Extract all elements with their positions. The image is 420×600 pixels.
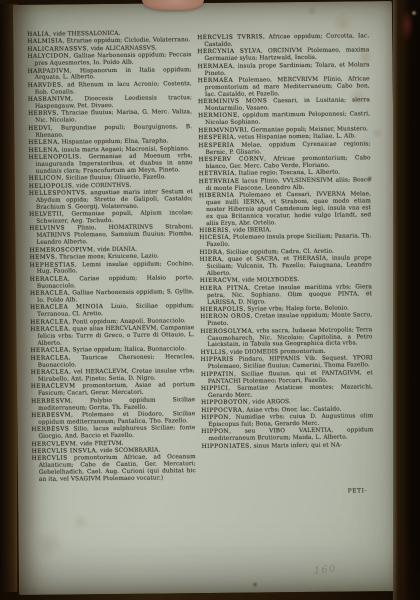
index-entry: HIPPONIATES, sinus Maris inferi; qui et … — [202, 442, 374, 451]
entry-text: , vide DIOMEDIS promontorium. — [226, 349, 326, 356]
entry-text: , vide ALICARNASSVS. — [87, 45, 157, 52]
entry-headword: HETRVRIA — [199, 171, 235, 177]
entry-text: , seu VIBO VALENTIA, oppidum mediterrane… — [208, 428, 373, 443]
index-entry: HERMIONE, oppidum maritimum Peloponnesi;… — [198, 112, 370, 128]
index-entry: HIBERNIA Ptolemaeo et Caesari, IVVERNA M… — [199, 191, 371, 227]
entry-headword: HEDVI — [28, 125, 51, 131]
entry-headword: HESPERV CORNV — [199, 156, 265, 163]
entry-headword: HIPPOBOTON — [201, 400, 248, 406]
entry-headword: HIPPON — [201, 429, 229, 435]
index-entry: HIPPICI, Sarmatiae Asiaticae montes; Maz… — [201, 384, 373, 400]
index-entry: HELVINVS Plinio, HOMATRINVS Straboni, MA… — [29, 225, 193, 247]
entry-headword: HERMAEA — [198, 78, 233, 84]
index-entry: HERACLEVM promontorium, Asiae ad portum … — [31, 383, 195, 399]
entry-text: , vide IBERIA. — [229, 227, 272, 233]
entry-headword: HEPHESTIAS — [30, 262, 75, 268]
entry-headword: HIEROSOLYMA — [200, 328, 252, 335]
entry-headword: HERACLEA — [30, 276, 68, 282]
index-entry: HERCVLIS promontorium Africae, ad Oceanu… — [32, 455, 196, 484]
entry-headword: HARPADIVM — [28, 68, 70, 74]
entry-headword: HIDRA — [199, 250, 222, 256]
entry-headword: HEMVS — [30, 255, 56, 261]
entry-text: , Thraciae mons; Kriuicene, Lazio. — [55, 254, 159, 261]
entry-text: , quae et SACRA, et THERASIA, insula pro… — [207, 255, 372, 277]
entry-text: , Italiae regio; Toscana, L. Alberto. — [235, 170, 341, 177]
entry-text: , Numidiae vrbs; cuius D. Augustinus oli… — [208, 413, 373, 428]
entry-headword: HERMIONE — [198, 113, 238, 119]
entry-headword: HERACLEA — [31, 355, 69, 361]
index-entry: HIPPARIS Pindaro, HIPPANIS Vib. Sequest.… — [201, 356, 373, 372]
entry-headword: HELICON — [29, 176, 62, 182]
catchword: PETI- — [348, 488, 367, 494]
index-entry: HELENOPOLIS, Germaniae ad Moenum vrbs, i… — [28, 153, 192, 175]
entry-headword: HETRVRIAE — [199, 178, 240, 184]
entry-headword: HIERA PITNA — [200, 285, 248, 292]
entry-headword: HERBESVM — [31, 398, 71, 404]
index-entry: HELLESPONTVS, angustiae maris inter Sest… — [29, 189, 193, 211]
entry-headword: HELENOPOLIS — [28, 154, 79, 161]
index-entry: HIPPON, seu VIBO VALENTIA, oppidum medit… — [201, 428, 373, 444]
index-entry: HEDVI, Burgundiae populi; Bourguignons, … — [28, 124, 192, 140]
entry-headword: HERACLEA — [30, 319, 68, 325]
entry-headword: HIBERIS — [199, 228, 229, 234]
entry-headword: HIERA — [200, 257, 222, 263]
entry-headword: HIPPON — [201, 415, 229, 421]
entry-text: , vide MOLYBODES. — [238, 277, 299, 284]
entry-text: , vide FRETVM. — [76, 441, 124, 447]
handwritten-page-number: 160 — [313, 563, 337, 577]
entry-headword: HELVETII — [29, 212, 62, 218]
index-entry: HERBESVS Silio, lacus sulphureus Sicilia… — [31, 425, 195, 441]
entry-text: , Ptolemaeo insula prope Siciliam; Panar… — [206, 234, 371, 249]
index-entry: HEPHESTIAS, Lemni insulae oppidum; Cochi… — [30, 261, 194, 277]
entry-headword: HALMISIA — [27, 39, 62, 45]
text-columns: HALIA, vide THESSALONICA.HALMISIA, Etrur… — [27, 28, 384, 484]
index-entry: HARVDES, ad Rhenum in lacu Acronio; Cost… — [28, 81, 192, 97]
entry-headword: HERMINIVS MONS — [198, 98, 267, 105]
entry-headword: HERCVLIS INSVLA — [32, 448, 97, 455]
entry-text: , vide DIANIA. — [93, 246, 137, 252]
entry-headword: HIPPICI — [201, 386, 228, 392]
entry-headword: HIPPATIN — [201, 371, 234, 377]
entry-text: , Siciliae fluuius; Oliuerio, Fazello. — [62, 175, 167, 182]
entry-text: , vide CORINTHVS. — [72, 182, 131, 189]
index-entry: HIEROSOLYMA, vrbs sacra, Iudaeae Metropo… — [200, 327, 372, 350]
entry-text: , vide THESSALONICA. — [49, 31, 120, 38]
entry-text: , Burgundiae populi; Bourguignons, B. Rh… — [35, 124, 192, 139]
entry-headword: HIERAPOLIS — [200, 307, 243, 313]
entry-headword: HELENA — [28, 140, 57, 146]
index-entry: HERCYNIA SYLVA, ORCINIVM Ptolemaeo, maxi… — [197, 48, 369, 64]
entry-headword: HERMVNDVRI — [198, 127, 247, 134]
entry-headword: HIPPARIS — [201, 357, 234, 363]
entry-headword: HELVINVS — [29, 226, 65, 232]
entry-headword: HERMAEA — [198, 63, 233, 69]
index-entry: HERBESVM, Ptolemaeo et Diodoro, Siciliae… — [31, 411, 195, 427]
index-entry: HERACLEA MINOIA Liuio, Siciliae oppidum;… — [30, 304, 194, 320]
entry-text: , Syriae oppidum; Italica, Buonacciolo. — [69, 347, 187, 354]
entry-headword: HERCVLEVM — [31, 441, 76, 447]
entry-headword: HERACLEA — [31, 348, 69, 354]
entry-text: , vide ARGOS. — [248, 399, 291, 405]
index-entry: HIERA, quae et SACRA, et THERASIA, insul… — [200, 255, 372, 278]
entry-headword: HELIOPOLIS — [29, 183, 73, 189]
index-entry: HERBESVM, Polybio oppidum Siciliae medit… — [31, 397, 195, 413]
entry-headword: HERCVLIS — [32, 456, 68, 462]
entry-headword: HIERACVM — [200, 278, 238, 284]
entry-headword: HALYCIDON — [27, 54, 69, 60]
entry-text: , vetus Hispaniae nomen; Italiae, L. Alb… — [234, 134, 356, 141]
entry-headword: HESPERIA — [198, 135, 234, 141]
index-column-right: HERCVLIS TVRRIS, Africae oppidum; Corcot… — [197, 33, 374, 482]
entry-headword: HERACLEA — [30, 327, 68, 333]
entry-text: , Thraciae fluuius; Marisa, G. Merc. Val… — [35, 110, 192, 125]
entry-headword: HERBESVS — [31, 427, 69, 433]
entry-headword: HERACLEA — [31, 370, 69, 376]
entry-headword: HERACLEVM — [31, 384, 76, 390]
entry-headword: HALIA — [27, 32, 49, 38]
entry-headword: HESPERIA — [198, 142, 234, 148]
index-entry: HARPADIVM, Hispanorum in Italia oppidum;… — [28, 67, 192, 83]
entry-headword: HALICARNASSVS — [27, 46, 87, 53]
index-entry: HERACLEA, Tauricae Chersonesi; Heraclea,… — [31, 354, 195, 370]
index-entry: HESPERIA Melae, oppidum Cyrenaicae regio… — [198, 141, 370, 157]
book-page-stack-edge — [393, 0, 420, 600]
index-entry: HETRVRIAE lacus Plinio, VVLSINENSIVM ali… — [199, 177, 371, 193]
entry-text: , Siciliae oppidum; Cadra, Cl. Aretio. — [222, 248, 334, 255]
index-entry: HIERON OROS, Cretae insulae oppidum; Mon… — [200, 313, 372, 329]
entry-text: , Germaniae populi; Meisner, Munstero. — [247, 126, 368, 133]
book-photo: HALIA, vide THESSALONICA.HALMISIA, Etrur… — [0, 0, 420, 600]
index-entry: HIERA PITNA, Cretae insulae maritima vrb… — [200, 284, 372, 307]
entry-headword: HEMEROSCOPIVM — [29, 247, 93, 254]
index-entry: HIPPATIN, Siciliae fluuius, qui et PANTA… — [201, 370, 373, 386]
index-entry: HALYCIDON, Galliae Narbonensis oppidum; … — [27, 52, 191, 68]
entry-text: , Asiae vrbs; Onor, Iac. Castaldo. — [242, 406, 341, 413]
index-column-left: HALIA, vide THESSALONICA.HALMISIA, Etrur… — [27, 30, 196, 484]
entry-headword: HIPPONIATES — [202, 443, 250, 450]
entry-headword: HEBRVS — [28, 111, 57, 117]
index-entry: HERMAEA Ptolemaeo, MERCVRIVM Plinio, Afr… — [198, 76, 370, 99]
index-entry: HERACLEA, quae alias HERCVLANEVM, Campan… — [30, 325, 194, 347]
book-page: HALIA, vide THESSALONICA.HALMISIA, Etrur… — [13, 1, 398, 595]
entry-text: , vide SCOMBRARIA. — [96, 448, 160, 455]
index-entry: HERACLEA, Cariae oppidum; Halsio porto, … — [30, 275, 194, 291]
entry-headword: HERACLEA — [30, 291, 68, 297]
entry-text: , Ponti oppidum; Anapoli, Buonacciolo. — [68, 318, 186, 325]
entry-headword: HICESIA — [199, 235, 229, 241]
index-entry: HICESIA, Ptolemaeo insula prope Siciliam… — [199, 234, 371, 250]
entry-text: , Sarmatiae Asiaticae montes; Mazarichi,… — [208, 384, 373, 399]
entry-text: , insula maris Aegaei; Macronisi, Sophia… — [58, 146, 190, 153]
index-entry: HESPERV CORNV, Africae promontorium; Cab… — [199, 155, 371, 171]
entry-text: , Syriae vrbs; Halep forte, Belonio. — [243, 305, 349, 312]
entry-headword: HIPPOCVRA — [201, 407, 242, 413]
entry-headword: HYLLIS — [201, 350, 227, 356]
entry-headword: HELENA — [28, 147, 57, 153]
entry-text: , Hispaniae oppidum; Elna, Tarapha. — [58, 138, 169, 145]
entry-headword: HERCVLIS TVRRIS — [197, 34, 263, 41]
entry-headword: HIBERNIA — [199, 193, 234, 199]
index-entry: HERMAEA, insula prope Sardiniam; Tolara,… — [198, 62, 370, 78]
entry-headword: HERCYNIA SYLVA — [197, 49, 261, 56]
entry-headword: HIERON OROS — [200, 314, 251, 321]
index-entry: HEBRVS, Thraciae fluuius; Marisa, G. Mer… — [28, 110, 192, 126]
entry-headword: HELLESPONTVS — [29, 190, 85, 197]
entry-text: , sinus Maris inferi; qui et NA- — [250, 442, 342, 449]
entry-headword: HARVDES — [28, 82, 62, 88]
entry-text: , Etruriae oppidum; Ciclodie, Volaterran… — [63, 38, 191, 45]
entry-headword: HERBESVM — [31, 412, 71, 418]
entry-headword: HASBANIVM — [28, 97, 71, 103]
